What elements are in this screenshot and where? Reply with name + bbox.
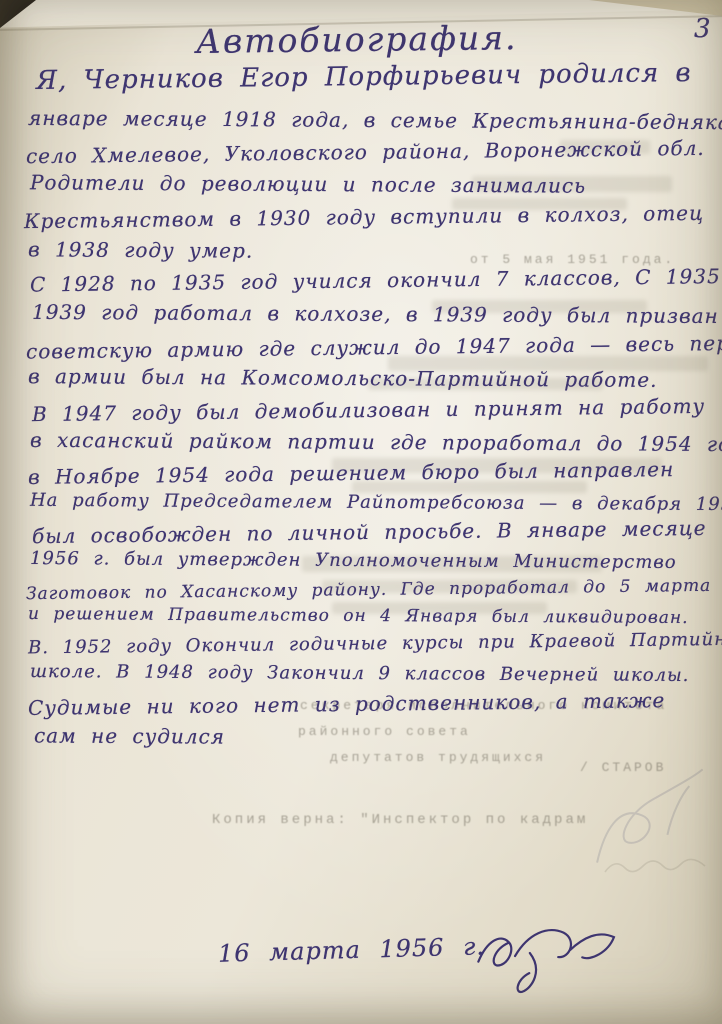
autobiography-page: от 5 мая 1951 года. секретаря исполнител…: [0, 0, 722, 1024]
page-title: Автобиография.: [196, 18, 518, 61]
handwritten-line: в армии был на Комсомольско-Партийной ра…: [28, 364, 658, 392]
handwritten-line: В 1947 году был демобилизован и принят н…: [32, 394, 705, 426]
handwritten-line: В. 1952 году Окончил годичные курсы при …: [28, 629, 722, 659]
handwritten-line: Крестьянством в 1930 году вступили в кол…: [24, 201, 704, 233]
handwritten-line: село Хмелевое, Уколовского района, Ворон…: [26, 136, 705, 168]
signature: [467, 907, 623, 1002]
handwritten-line: Родители до революции и после занимались: [30, 170, 586, 197]
handwritten-line: 1939 год работал в колхозе, в 1939 году …: [32, 300, 722, 328]
handwritten-line: сам не судился: [34, 723, 225, 748]
handwritten-line: С 1928 по 1935 год учился окончил 7 клас…: [30, 264, 722, 297]
date-line: 16 марта 1956 г.: [218, 932, 486, 967]
bleed-text-council: районного совета: [298, 724, 471, 739]
handwritten-line: в хасанский райком партии где проработал…: [30, 428, 722, 456]
page-number: 3: [694, 14, 712, 44]
handwritten-line: в 1938 году умер.: [28, 237, 253, 262]
handwritten-line: школе. В 1948 году Закончил 9 классов Ве…: [30, 661, 690, 686]
faded-countersignature: [600, 852, 710, 880]
bleed-text-deputies: депутатов трудящихся: [330, 750, 546, 765]
handwritten-line: На работу Председателем Райпотребсоюза —…: [30, 490, 722, 515]
handwritten-line: январе месяце 1918 года, в семье Крестья…: [28, 106, 722, 134]
handwritten-line: 1956 г. был утвержден Уполномоченным Мин…: [30, 548, 677, 573]
handwritten-line: Я, Черников Егор Порфирьевич родился в: [36, 58, 692, 96]
handwritten-line: был освобожден по личной просьбе. В янва…: [32, 516, 707, 548]
bleed-text-name: / СТАРОВ: [580, 760, 666, 775]
handwritten-line: Заготовок по Хасанскому району. Где прор…: [26, 576, 711, 604]
copy-certification-note: Копия верна: "Инспектор по кадрам: [212, 812, 588, 828]
handwritten-line: Судимые ни кого нет из родственников, а …: [28, 688, 666, 720]
handwritten-line: и решением Правительство он 4 Января был…: [28, 604, 689, 628]
